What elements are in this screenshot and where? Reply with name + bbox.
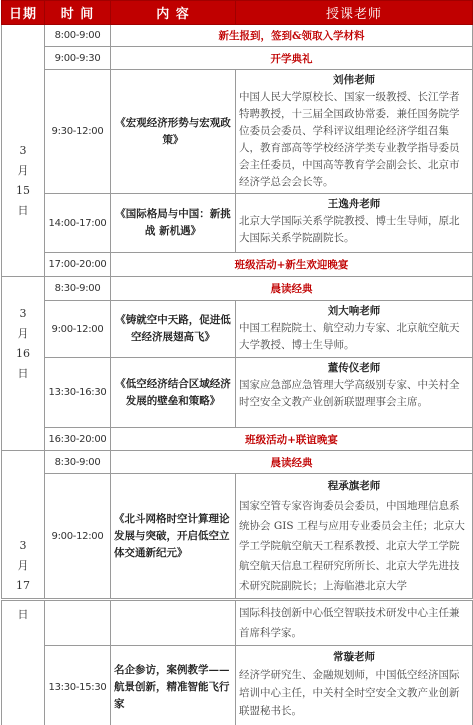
table-row: 3 月 16 日 8:30-9:00 晨读经典 [2,277,473,301]
time-cell: 9:00-12:00 [45,474,111,599]
time-cell [45,601,111,646]
table-row: 14:00-17:00 《国际格局与中国：新挑战 新机遇》 王逸舟老师 北京大学… [2,194,473,253]
table-row: 9:30-12:00 《宏观经济形势与宏观政策》 刘伟老师 中国人民大学原校长、… [2,70,473,194]
teacher-cell: 王逸舟老师 北京大学国际关系学院教授、博士生导师，原北大国际关系学院副院长。 [236,194,473,253]
time-cell: 16:30-20:00 [45,428,111,451]
teacher-cell: 董传仪老师 国家应急部应急管理大学高级别专家、中关村全时空安全文教产业创新联盟理… [236,358,473,428]
table-row: 3 月 15 日 8:00-9:00 新生报到，签到&领取入学材料 [2,25,473,47]
table-row: 17:00-20:00 班级活动+新生欢迎晚宴 [2,253,473,277]
teacher-name: 董传仪老师 [239,360,469,377]
table-row: 日 国际科技创新中心低空智联技术研发中心主任兼首席科学家。 [2,601,473,646]
header-date: 日期 [2,1,45,25]
table-row: 13:30-15:30 名企参访，案例教学——航景创新，精准智能飞行家 常璇老师… [2,646,473,725]
teacher-bio: 国家应急部应急管理大学高级别专家、中关村全时空安全文教产业创新联盟理事会主席。 [239,379,460,408]
teacher-cell: 国际科技创新中心低空智联技术研发中心主任兼首席科学家。 [236,601,473,646]
table-row: 9:00-9:30 开学典礼 [2,47,473,70]
table-row: 13:30-16:30 《低空经济结合区域经济发展的壁垒和策略》 董传仪老师 国… [2,358,473,428]
teacher-name: 常璇老师 [239,648,469,666]
course-title: 《宏观经济形势与宏观政策》 [111,70,236,194]
time-cell: 8:30-9:00 [45,451,111,474]
header-content: 内 容 [111,1,236,25]
event-cell: 晨读经典 [111,277,473,301]
date-cell: 日 [2,601,45,725]
date-cell: 3 月 17 [2,451,45,599]
course-title [111,601,236,646]
teacher-bio: 经济学研究生、金融规划师，中国低空经济国际培训中心主任，中关村全时空安全文教产业… [239,669,460,717]
event-cell: 开学典礼 [111,47,473,70]
time-cell: 14:00-17:00 [45,194,111,253]
course-title: 《国际格局与中国：新挑战 新机遇》 [111,194,236,253]
header-time: 时 间 [45,1,111,25]
teacher-name: 刘伟老师 [239,72,469,89]
time-cell: 13:30-16:30 [45,358,111,428]
course-title: 《北斗网格时空计算理论发展与突破，开启低空立体交通新纪元》 [111,474,236,599]
teacher-name: 王逸舟老师 [239,196,469,213]
table-row: 3 月 17 8:30-9:00 晨读经典 [2,451,473,474]
teacher-bio: 中国工程院院士、航空动力专家、北京航空航天大学教授、博士生导师。 [239,322,460,351]
teacher-name: 刘大响老师 [239,303,469,320]
date-cell: 3 月 16 日 [2,277,45,451]
schedule-table: 日期 时 间 内 容 授课老师 3 月 15 日 8:00-9:00 新生报到，… [1,0,473,599]
time-cell: 9:00-12:00 [45,301,111,358]
event-cell: 班级活动+联谊晚宴 [111,428,473,451]
header-teacher: 授课老师 [236,1,473,25]
date-cell: 3 月 15 日 [2,25,45,277]
table-row: 9:00-12:00 《北斗网格时空计算理论发展与突破，开启低空立体交通新纪元》… [2,474,473,599]
course-title: 名企参访，案例教学——航景创新，精准智能飞行家 [111,646,236,725]
teacher-bio: 国家空管专家咨询委员会委员，中国地理信息系统协会 GIS 工程与应用专业委员会主… [239,500,465,592]
teacher-cell: 程承旗老师 国家空管专家咨询委员会委员，中国地理信息系统协会 GIS 工程与应用… [236,474,473,599]
teacher-name: 程承旗老师 [239,476,469,496]
schedule-table-continued: 日 国际科技创新中心低空智联技术研发中心主任兼首席科学家。 13:30-15:3… [1,600,473,725]
teacher-cell: 刘伟老师 中国人民大学原校长、国家一级教授、长江学者特聘教授，十三届全国政协常委… [236,70,473,194]
event-cell: 晨读经典 [111,451,473,474]
teacher-cell: 刘大响老师 中国工程院院士、航空动力专家、北京航空航天大学教授、博士生导师。 [236,301,473,358]
course-title: 《铸就空中天路，促进低空经济展翅高飞》 [111,301,236,358]
time-cell: 8:30-9:00 [45,277,111,301]
time-cell: 9:30-12:00 [45,70,111,194]
teacher-bio: 国际科技创新中心低空智联技术研发中心主任兼首席科学家。 [239,607,460,639]
teacher-bio: 北京大学国际关系学院教授、博士生导师，原北大国际关系学院副院长。 [239,215,460,244]
time-cell: 9:00-9:30 [45,47,111,70]
teacher-cell: 常璇老师 经济学研究生、金融规划师，中国低空经济国际培训中心主任，中关村全时空安… [236,646,473,725]
event-cell: 班级活动+新生欢迎晚宴 [111,253,473,277]
table-row: 16:30-20:00 班级活动+联谊晚宴 [2,428,473,451]
table-row: 9:00-12:00 《铸就空中天路，促进低空经济展翅高飞》 刘大响老师 中国工… [2,301,473,358]
time-cell: 8:00-9:00 [45,25,111,47]
course-title: 《低空经济结合区域经济发展的壁垒和策略》 [111,358,236,428]
time-cell: 13:30-15:30 [45,646,111,725]
event-cell: 新生报到，签到&领取入学材料 [111,25,473,47]
header-row: 日期 时 间 内 容 授课老师 [2,1,473,25]
teacher-bio: 中国人民大学原校长、国家一级教授、长江学者特聘教授，十三届全国政协常委．兼任国务… [239,91,460,188]
time-cell: 17:00-20:00 [45,253,111,277]
